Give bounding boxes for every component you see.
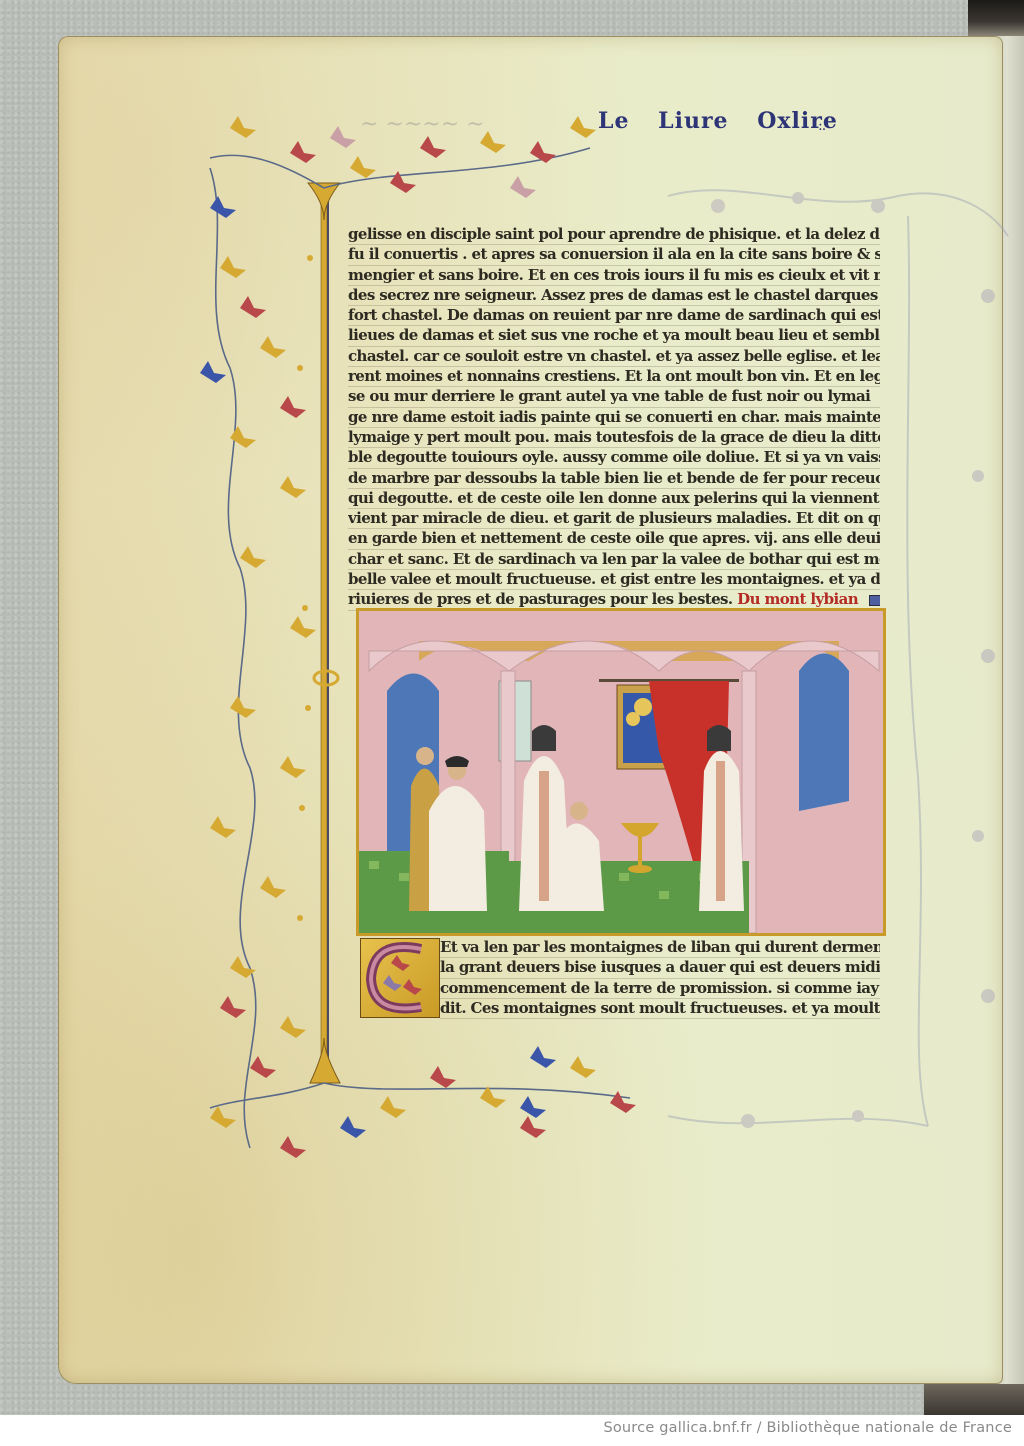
running-header-word-2: Liure [658,108,728,134]
binding-shadow-top [968,0,1024,36]
miniature-scene [359,611,883,933]
illuminated-initial: C [360,938,440,1018]
text-line: gelisse en disciple saint pol pour apren… [348,225,880,245]
text-line: fort chastel. De damas on reuient par nr… [348,306,880,326]
line-filler-ornament [869,595,880,606]
text-line: commencement de la terre de promission. … [440,979,880,999]
text-line: fu il conuertis . et apres sa conuersion… [348,245,880,265]
miniature-painting [356,608,886,936]
text-line: ble degoutte touiours oyle. aussy comme … [348,448,880,468]
rubric-heading: Du mont lybian [737,590,858,608]
running-header-word-3: Oxlire [757,108,838,134]
initial-c-glyph [361,939,439,1017]
text-line-end: riuieres de pres et de pasturages pour l… [348,590,733,608]
text-line: des secrez nre seigneur. Assez pres de d… [348,286,880,306]
running-header-mark: :. [818,118,825,134]
text-line: rent moines et nonnains crestiens. Et la… [348,367,880,387]
text-line: dit. Ces montaignes sont moult fructueus… [440,999,880,1019]
text-line: Et va len par les montaignes de liban qu… [440,938,880,958]
text-line: vient par miracle de dieu. et garit de p… [348,509,880,529]
text-line: de marbre par dessoubs la table bien lie… [348,469,880,489]
binding-shadow-bottom [924,1384,1024,1415]
upper-text-column: gelisse en disciple saint pol pour apren… [348,225,880,611]
text-line: ge nre dame estoit iadis painte qui se c… [348,408,880,428]
text-line: chastel. car ce souloit estre vn chastel… [348,347,880,367]
text-line: la grant deuers bise iusques a dauer qui… [440,958,880,978]
text-line: belle valee et moult fructueuse. et gist… [348,570,880,590]
text-line: qui degoutte. et de ceste oile len donne… [348,489,880,509]
text-line: mengier et sans boire. Et en ces trois i… [348,266,880,286]
text-line: en garde bien et nettement de ceste oile… [348,529,880,549]
text-line: lymaige y pert moult pou. mais toutesfoi… [348,428,880,448]
source-attribution: Source gallica.bnf.fr / Bibliothèque nat… [603,1420,1012,1436]
text-line: se ou mur derriere le grant autel ya vne… [348,387,880,407]
text-line: lieues de damas et siet sus vne roche et… [348,326,880,346]
lower-text-column: Et va len par les montaignes de liban qu… [440,938,880,1019]
text-line: char et sanc. Et de sardinach va len par… [348,550,880,570]
